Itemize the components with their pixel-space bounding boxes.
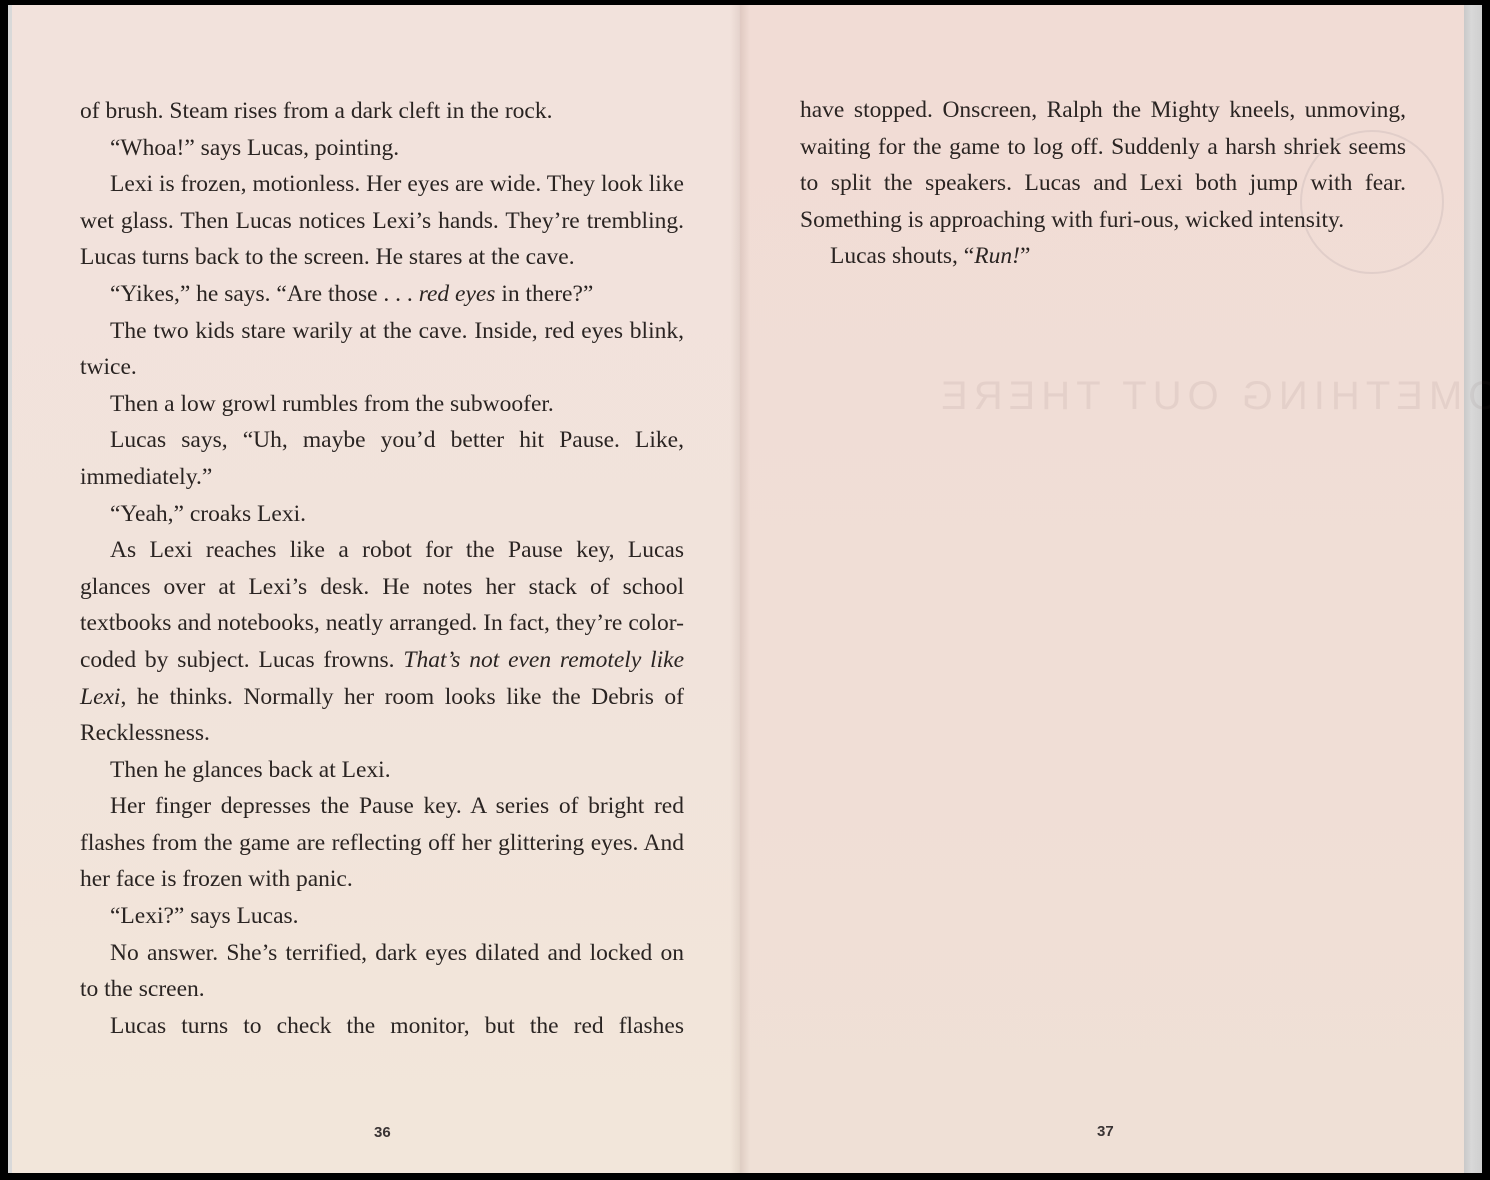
text-run: ” [1020,243,1030,269]
text-run: in there?” [495,281,593,307]
italic-text: red eyes [419,281,496,307]
italic-text: Run! [974,243,1020,269]
paragraph: Lucas turns to check the monitor, but th… [80,1008,684,1045]
paragraph: “Yikes,” he says. “Are those . . . red e… [80,276,684,313]
paragraph: Then he glances back at Lexi. [80,752,684,789]
left-page-body: of brush. Steam rises from a dark cleft … [80,93,684,1044]
paragraph: “Whoa!” says Lucas, pointing. [80,130,684,167]
paragraph: Her finger depresses the Pause key. A se… [80,788,684,898]
paragraph: Lexi is frozen, motionless. Her eyes are… [80,166,684,276]
book-gutter [730,5,750,1173]
text-run: “Yikes,” he says. “Are those . . . [110,281,419,307]
page-number-left: 36 [374,1124,391,1141]
paragraph: Lucas shouts, “Run!” [800,238,1406,275]
paragraph: “Yeah,” croaks Lexi. [80,496,684,533]
text-run: Lucas shouts, “ [830,243,974,269]
right-page-body: have stopped. Onscreen, Ralph the Mighty… [800,92,1406,275]
paragraph: As Lexi reaches like a robot for the Pau… [80,532,684,752]
page-edge [1464,5,1482,1173]
paragraph: Lucas says, “Uh, maybe you’d better hit … [80,422,684,495]
page-number-right: 37 [1097,1123,1114,1140]
paragraph: The two kids stare warily at the cave. I… [80,313,684,386]
paragraph: “Lexi?” says Lucas. [80,898,684,935]
paragraph: No answer. She’s terrified, dark eyes di… [80,935,684,1008]
paragraph: Then a low growl rumbles from the subwoo… [80,386,684,423]
paragraph: of brush. Steam rises from a dark cleft … [80,93,684,130]
paragraph: have stopped. Onscreen, Ralph the Mighty… [800,92,1406,238]
text-run: , he thinks. Normally her room looks lik… [80,684,684,747]
